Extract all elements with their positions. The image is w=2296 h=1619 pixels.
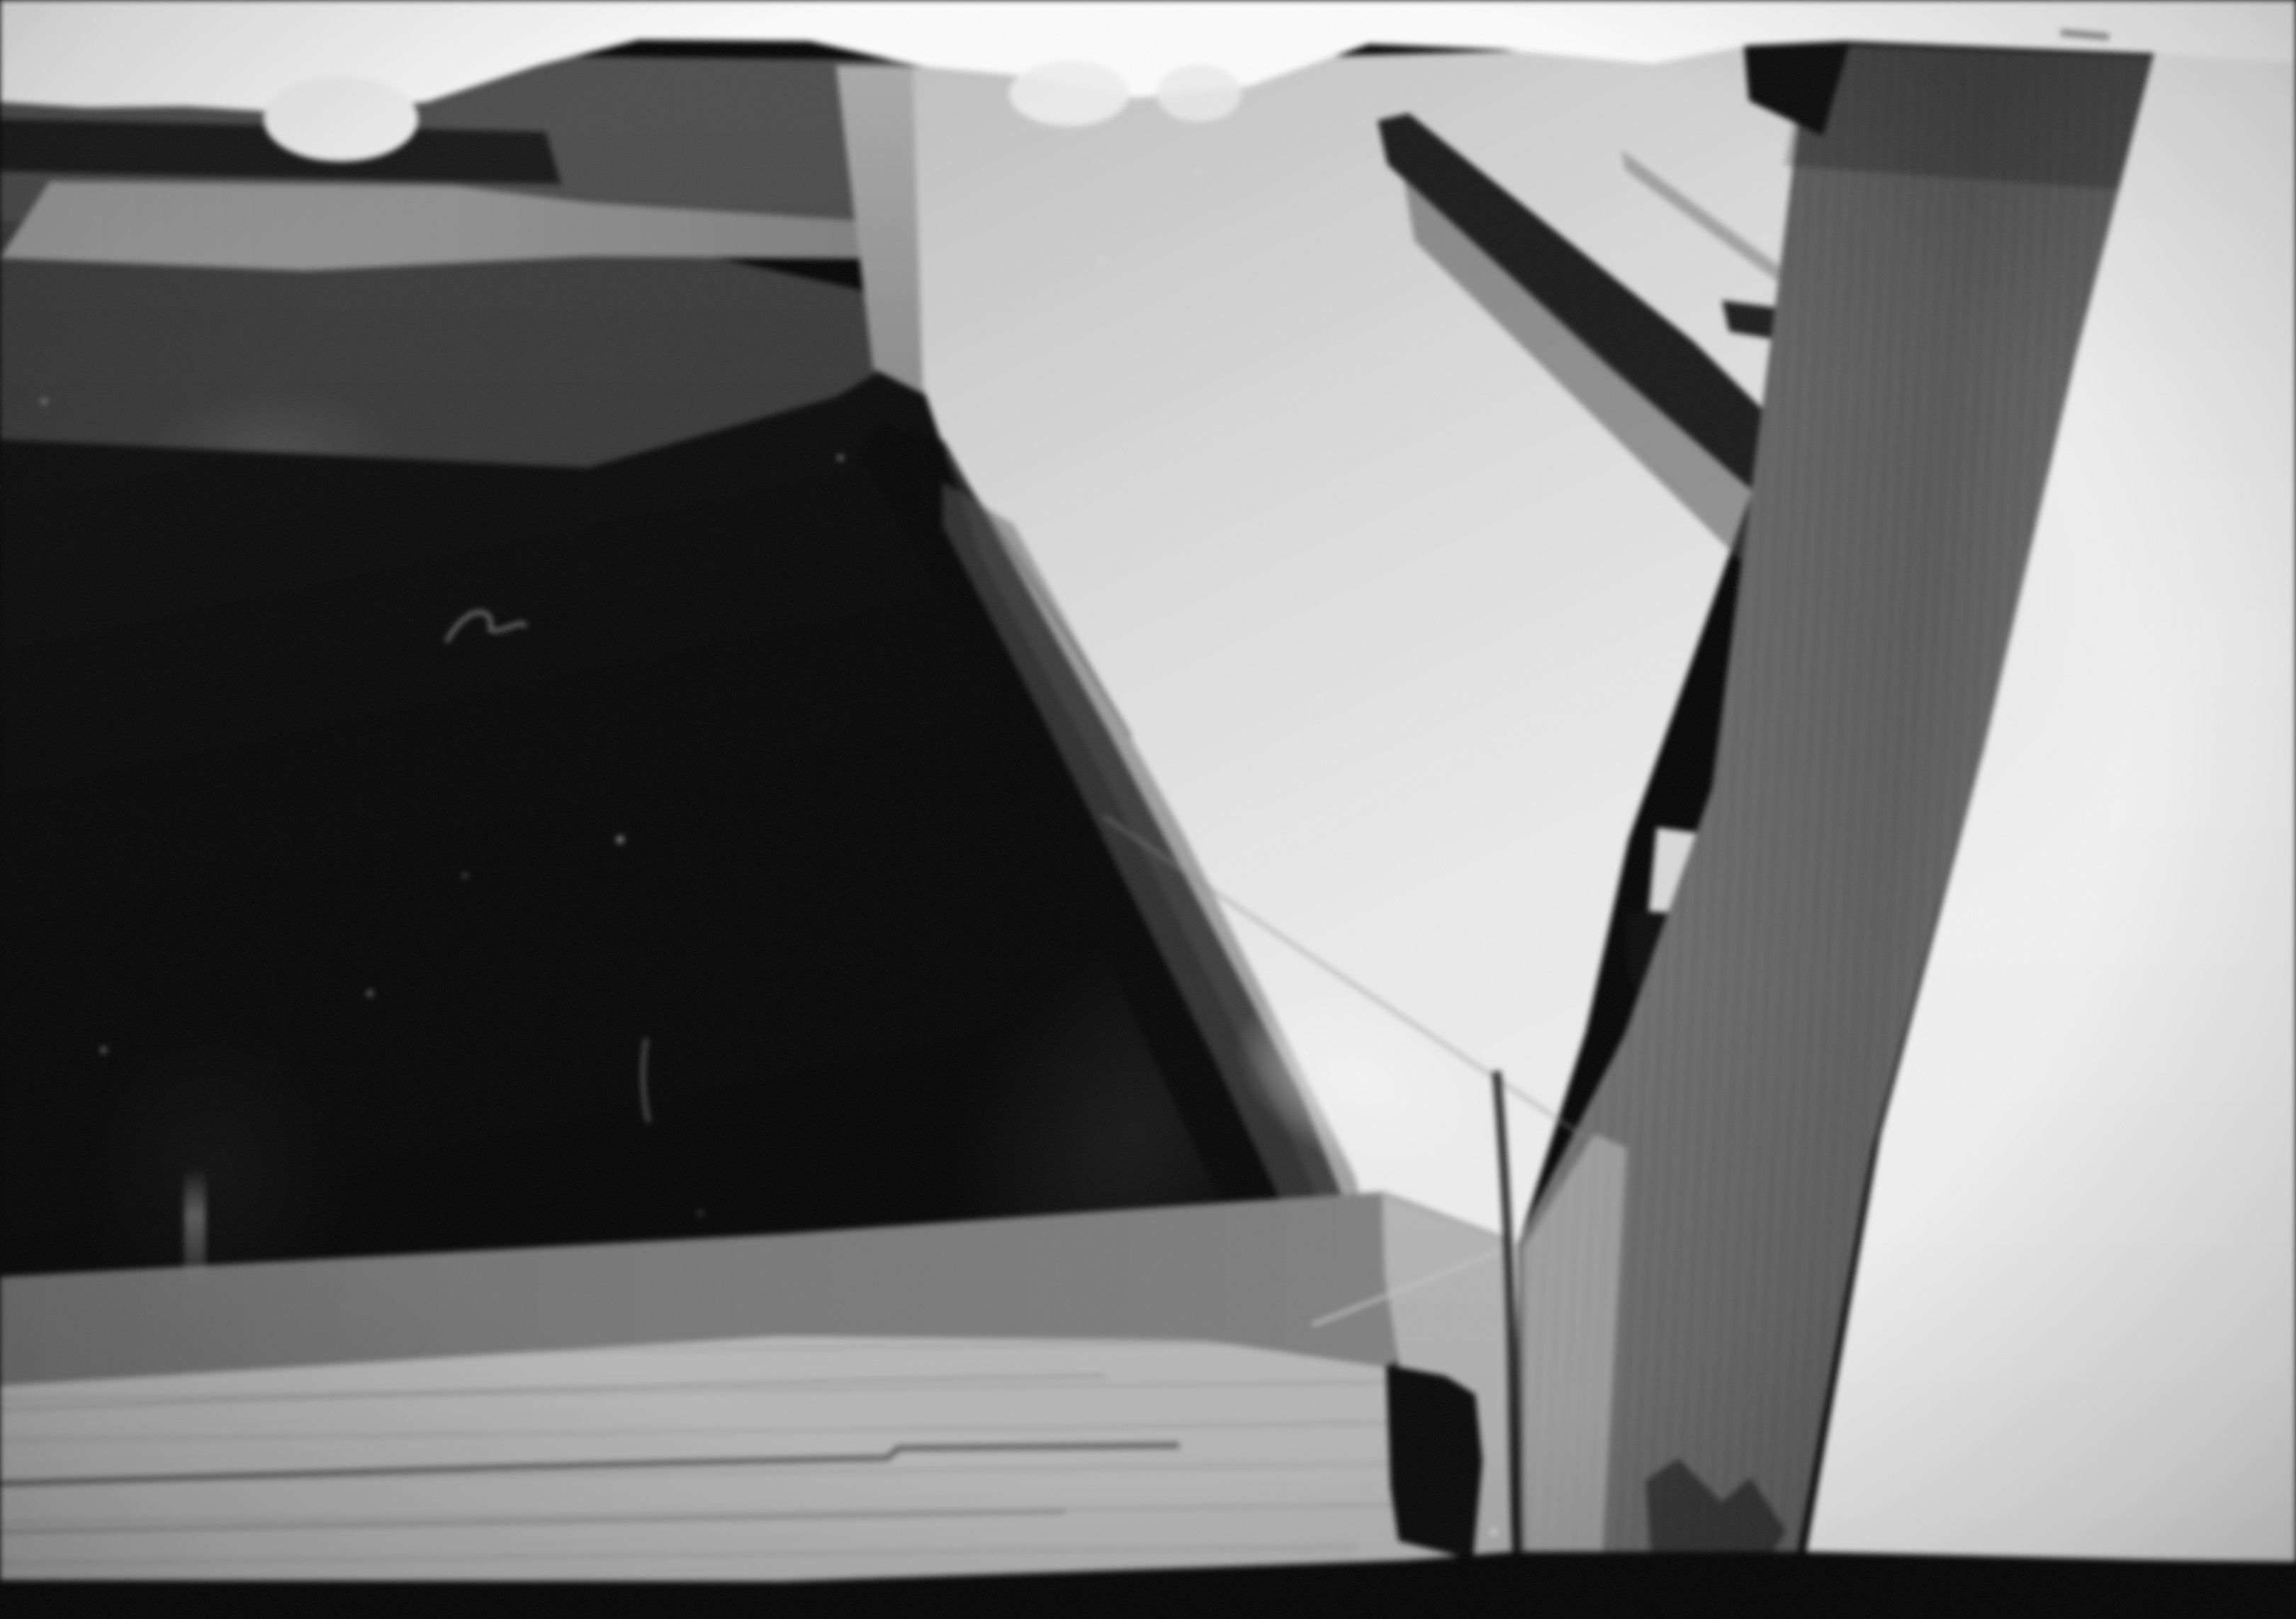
beam-grain-line [0, 1376, 1105, 1410]
beam-arris-line [1312, 1248, 1507, 1325]
film-scratch [643, 1039, 648, 1122]
photo-scene [0, 0, 2296, 1619]
board-crack-line [947, 455, 1131, 737]
beam-grain-crack [0, 1445, 1179, 1484]
top-edge-dash [2061, 33, 2109, 37]
beam-grain-line [0, 1512, 1064, 1532]
film-scratch-squiggle [446, 612, 526, 642]
stud-edge-crack [1497, 1071, 1516, 1553]
negative-marks [0, 0, 2296, 1619]
photo-frame [0, 0, 2296, 1619]
board-joint-faint-line [1104, 816, 1582, 1135]
